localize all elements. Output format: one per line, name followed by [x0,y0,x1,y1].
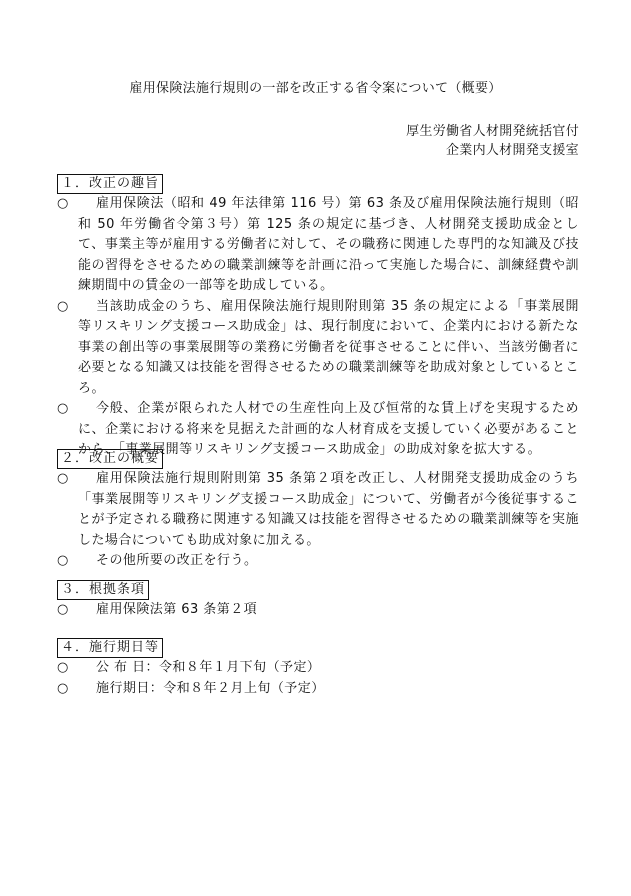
section-heading: ２．改正の概要 [57,449,163,469]
issuing-office: 厚生労働省人材開発統括官付 [406,120,579,139]
list-item: ○ 当該助成金のうち、雇用保険法施行規則附則第 35 条の規定による「事業展開等… [57,297,579,400]
circle-bullet-icon: ○ [57,551,69,572]
list-item: ○ 雇用保険法（昭和 49 年法律第 116 号）第 63 条及び雇用保険法施行… [57,194,579,297]
circle-bullet-icon: ○ [57,194,69,215]
list-item: ○ その他所要の改正を行う。 [57,551,579,572]
document-page: 雇用保険法施行規則の一部を改正する省令案について（概要） 厚生労働省人材開発統括… [0,0,631,896]
section-heading: ３．根拠条項 [57,580,149,600]
circle-bullet-icon: ○ [57,600,69,621]
item-text: 当該助成金のうち、雇用保険法施行規則附則第 35 条の規定による「事業展開等リス… [57,297,579,400]
list-item: ○ 雇用保険法第 63 条第２項 [57,600,579,621]
circle-bullet-icon: ○ [57,399,69,420]
issuing-division: 企業内人材開発支援室 [446,139,579,158]
section-heading: １．改正の趣旨 [57,174,163,194]
circle-bullet-icon: ○ [57,679,69,700]
circle-bullet-icon: ○ [57,658,69,679]
circle-bullet-icon: ○ [57,469,69,490]
section-heading: ４．施行期日等 [57,638,163,658]
section-purpose: １．改正の趣旨 ○ 雇用保険法（昭和 49 年法律第 116 号）第 63 条及… [57,172,579,461]
document-title: 雇用保険法施行規則の一部を改正する省令案について（概要） [0,77,631,96]
list-item-promulgation-date: ○ 公 布 日：令和８年１月下旬（予定） [57,658,579,679]
section-effective-dates: ４．施行期日等 ○ 公 布 日：令和８年１月下旬（予定） ○ 施行期日：令和８年… [57,636,579,699]
list-item: ○ 雇用保険法施行規則附則第 35 条第２項を改正し、人材開発支援助成金のうち「… [57,469,579,551]
circle-bullet-icon: ○ [57,297,69,318]
item-text: 公 布 日：令和８年１月下旬（予定） [96,658,320,679]
item-text: 雇用保険法施行規則附則第 35 条第２項を改正し、人材開発支援助成金のうち「事業… [57,469,579,551]
section-overview: ２．改正の概要 ○ 雇用保険法施行規則附則第 35 条第２項を改正し、人材開発支… [57,447,579,572]
list-item-effective-date: ○ 施行期日：令和８年２月上旬（予定） [57,679,579,700]
item-text: その他所要の改正を行う。 [57,551,579,572]
item-text: 雇用保険法（昭和 49 年法律第 116 号）第 63 条及び雇用保険法施行規則… [57,194,579,297]
item-text: 施行期日：令和８年２月上旬（予定） [96,679,325,700]
item-text: 雇用保険法第 63 条第２項 [57,600,579,621]
section-legal-basis: ３．根拠条項 ○ 雇用保険法第 63 条第２項 [57,578,579,621]
